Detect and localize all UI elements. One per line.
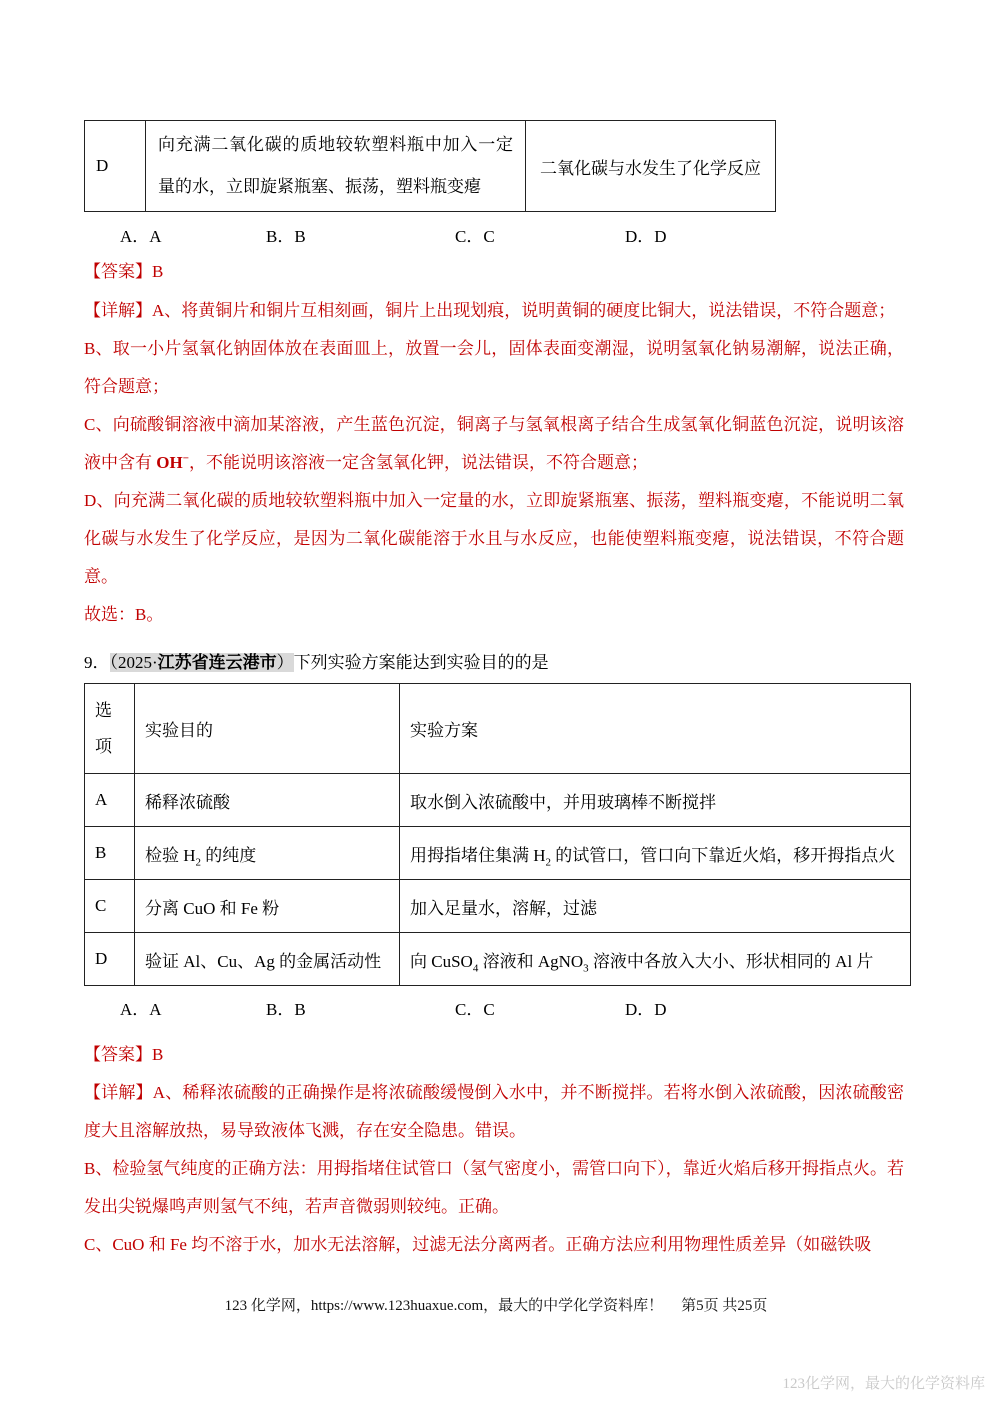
table-row: C 分离 CuO 和 Fe 粉 加入足量水，溶解，过滤 (85, 880, 911, 933)
q9-rowC-label: C (85, 880, 135, 933)
exam-document-page: { "colors": { "accent_red": "#c00000", "… (0, 0, 992, 1403)
q9-header-purpose: 实验目的 (135, 684, 400, 774)
q8-analysis-conclusion: 故选：B。 (84, 596, 904, 634)
q9-choice-a: A．A (120, 995, 162, 1020)
q8-analysis-d: D、向充满二氧化碳的质地较软塑料瓶中加入一定量的水，立即旋紧瓶塞、振荡，塑料瓶变… (84, 482, 904, 596)
q9-source-open: （2025· (110, 653, 158, 672)
answer-value: B (152, 262, 163, 281)
q9-experiment-table: 选项 实验目的 实验方案 A 稀释浓硫酸 取水倒入浓硫酸中，并用玻璃棒不断搅拌 … (84, 683, 911, 986)
q9-header-option: 选项 (85, 684, 135, 774)
table-row: D 验证 Al、Cu、Ag 的金属活动性 向 CuSO4 溶液和 AgNO3 溶… (85, 933, 911, 986)
q8-analysis-a: 【详解】A、将黄铜片和铜片互相刻画，铜片上出现划痕，说明黄铜的硬度比铜大，说法错… (84, 292, 904, 330)
q9-rowA-label: A (85, 774, 135, 827)
q9-rowB-label: B (85, 827, 135, 880)
answer-value: B (152, 1045, 163, 1064)
page-footer: 123 化学网，https://www.123huaxue.com，最大的中学化… (0, 1294, 992, 1315)
q8-row-label: D (85, 121, 146, 212)
q9-rowC-plan: 加入足量水，溶解，过滤 (400, 880, 911, 933)
q9-rowA-plan: 取水倒入浓硫酸中，并用玻璃棒不断搅拌 (400, 774, 911, 827)
q9-source-close: ） (277, 653, 294, 672)
q9-number: 9． (84, 653, 110, 672)
answer-label: 【答案】 (84, 262, 152, 281)
q9-stem-line: 9．（2025·江苏省连云港市）下列实验方案能达到实验目的的是 (84, 648, 549, 678)
table-row: D 向充满二氧化碳的质地较软塑料瓶中加入一定量的水，立即旋紧瓶塞、振荡，塑料瓶变… (85, 121, 776, 212)
q8-choice-b: B．B (266, 222, 306, 247)
q9-rowD-purpose: 验证 Al、Cu、Ag 的金属活动性 (135, 933, 400, 986)
q9-rowB-purpose: 检验 H2 的纯度 (135, 827, 400, 880)
q9-answer-line: 【答案】B (84, 1036, 163, 1074)
q8-choice-c: C．C (455, 222, 495, 247)
q9-header-plan: 实验方案 (400, 684, 911, 774)
q9-rowD-label: D (85, 933, 135, 986)
q9-analysis-b: B、检验氢气纯度的正确方法：用拇指堵住试管口（氢气密度小，需管口向下），靠近火焰… (84, 1150, 904, 1226)
q8-choices: A．A B．B C．C D．D (84, 222, 910, 246)
table-row: A 稀释浓硫酸 取水倒入浓硫酸中，并用玻璃棒不断搅拌 (85, 774, 911, 827)
watermark-text: 123化学网，最大的化学资料库 (782, 1372, 985, 1393)
q8-analysis-c: C、向硫酸铜溶液中滴加某溶液，产生蓝色沉淀，铜离子与氢氧根离子结合生成氢氧化铜蓝… (84, 406, 904, 482)
q9-stem-text: 下列实验方案能达到实验目的的是 (294, 653, 549, 672)
q9-rowC-purpose: 分离 CuO 和 Fe 粉 (135, 880, 400, 933)
q8-row-conclusion: 二氧化碳与水发生了化学反应 (526, 121, 776, 212)
q9-choices: A．A B．B C．C D．D (84, 995, 910, 1019)
q8-answer-line: 【答案】B (84, 253, 163, 291)
q9-rowA-purpose: 稀释浓硫酸 (135, 774, 400, 827)
q9-analysis: 【详解】A、稀释浓硫酸的正确操作是将浓硫酸缓慢倒入水中，并不断搅拌。若将水倒入浓… (84, 1074, 904, 1264)
q9-analysis-a: 【详解】A、稀释浓硫酸的正确操作是将浓硫酸缓慢倒入水中，并不断搅拌。若将水倒入浓… (84, 1074, 904, 1150)
footer-site-text: 123 化学网，https://www.123huaxue.com，最大的中学化… (225, 1298, 664, 1314)
footer-page-number: 第5页 共25页 (681, 1298, 767, 1314)
q9-analysis-c: C、CuO 和 Fe 均不溶于水，加水无法溶解，过滤无法分离两者。正确方法应利用… (84, 1226, 904, 1264)
q9-source-tag: （2025·江苏省连云港市） (110, 653, 294, 672)
q9-rowD-plan: 向 CuSO4 溶液和 AgNO3 溶液中各放入大小、形状相同的 Al 片 (400, 933, 911, 986)
q8-analysis-b: B、取一小片氢氧化钠固体放在表面皿上，放置一会儿，固体表面变潮湿，说明氢氧化钠易… (84, 330, 904, 406)
table-row: B 检验 H2 的纯度 用拇指堵住集满 H2 的试管口，管口向下靠近火焰，移开拇… (85, 827, 911, 880)
q9-choice-b: B．B (266, 995, 306, 1020)
q9-choice-d: D．D (625, 995, 667, 1020)
q9-source-region: 江苏省连云港市 (158, 653, 277, 672)
q8-choice-a: A．A (120, 222, 162, 247)
q8-option-table: D 向充满二氧化碳的质地较软塑料瓶中加入一定量的水，立即旋紧瓶塞、振荡，塑料瓶变… (84, 120, 776, 212)
answer-label: 【答案】 (84, 1045, 152, 1064)
table-header-row: 选项 实验目的 实验方案 (85, 684, 911, 774)
q8-analysis: 【详解】A、将黄铜片和铜片互相刻画，铜片上出现划痕，说明黄铜的硬度比铜大，说法错… (84, 292, 904, 634)
q9-rowB-plan: 用拇指堵住集满 H2 的试管口，管口向下靠近火焰，移开拇指点火 (400, 827, 911, 880)
q9-choice-c: C．C (455, 995, 495, 1020)
q8-choice-d: D．D (625, 222, 667, 247)
q8-row-operation: 向充满二氧化碳的质地较软塑料瓶中加入一定量的水，立即旋紧瓶塞、振荡，塑料瓶变瘪 (146, 121, 526, 212)
